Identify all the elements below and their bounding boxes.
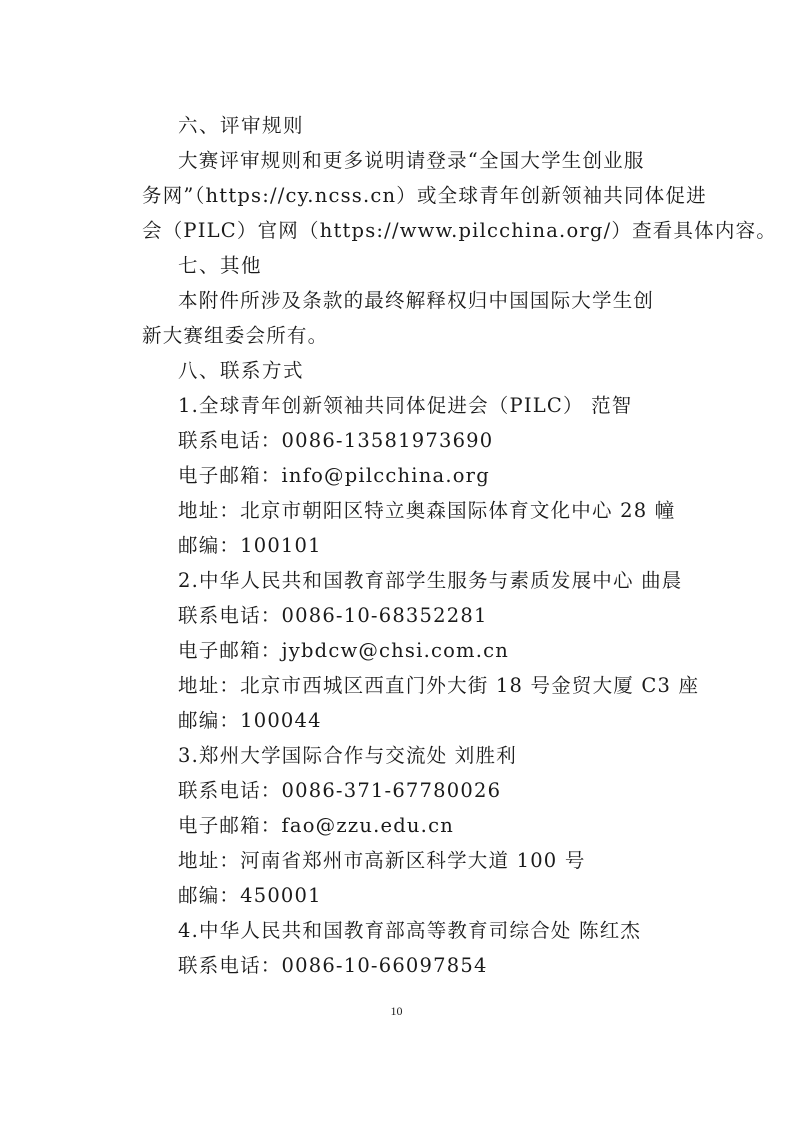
paragraph-line: 务网”（https://cy.ncss.cn）或全球青年创新领袖共同体促进 [142, 178, 707, 214]
contact-title: 2.中华人民共和国教育部学生服务与素质发展中心 曲晨 [178, 563, 683, 599]
contact-email: 电子邮箱：info@pilcchina.org [178, 458, 490, 494]
contact-phone: 联系电话：0086-10-68352281 [178, 598, 488, 634]
contact-address: 地址：北京市西城区西直门外大街 18 号金贸大厦 C3 座 [178, 668, 699, 704]
document-page: 六、评审规则 大赛评审规则和更多说明请登录“全国大学生创业服 务网”（https… [0, 0, 793, 1123]
contact-title: 3.郑州大学国际合作与交流处 刘胜利 [178, 738, 517, 774]
paragraph-line: 本附件所涉及条款的最终解释权归中国国际大学生创 [178, 283, 654, 319]
contact-title: 4.中华人民共和国教育部高等教育司综合处 陈红杰 [178, 913, 641, 949]
paragraph-line: 新大赛组委会所有。 [142, 318, 328, 354]
page-number: 10 [0, 1004, 793, 1019]
contact-email: 电子邮箱：fao@zzu.edu.cn [178, 808, 454, 844]
section-heading-other: 七、其他 [178, 248, 262, 284]
contact-address: 地址：北京市朝阳区特立奥森国际体育文化中心 28 幢 [178, 493, 675, 529]
paragraph-line: 会（PILC）官网（https://www.pilcchina.org/）查看具… [142, 213, 777, 249]
contact-address: 地址：河南省郑州市高新区科学大道 100 号 [178, 843, 586, 879]
section-heading-review-rules: 六、评审规则 [178, 108, 304, 144]
contact-postcode: 邮编：450001 [178, 878, 322, 914]
contact-postcode: 邮编：100044 [178, 703, 322, 739]
contact-postcode: 邮编：100101 [178, 528, 322, 564]
contact-phone: 联系电话：0086-10-66097854 [178, 948, 488, 984]
contact-phone: 联系电话：0086-371-67780026 [178, 773, 501, 809]
section-heading-contact: 八、联系方式 [178, 353, 304, 389]
contact-phone: 联系电话：0086-13581973690 [178, 423, 493, 459]
paragraph-line: 大赛评审规则和更多说明请登录“全国大学生创业服 [178, 143, 645, 179]
contact-email: 电子邮箱：jybdcw@chsi.com.cn [178, 633, 509, 669]
contact-title: 1.全球青年创新领袖共同体促进会（PILC） 范智 [178, 388, 633, 424]
